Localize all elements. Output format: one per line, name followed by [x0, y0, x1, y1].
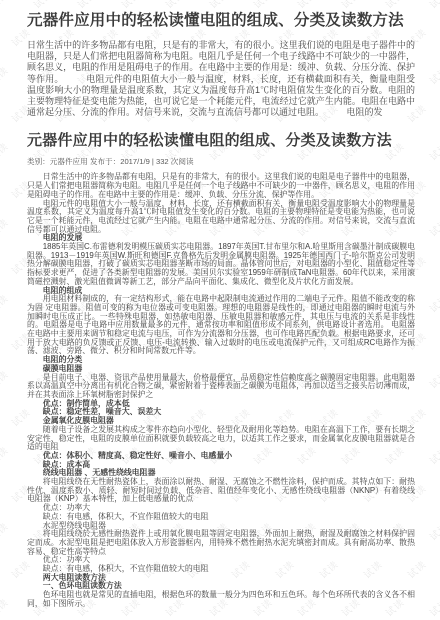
document-meta: 类别：元器件应用 发布于：2017/1/9 | 332 次阅读: [27, 157, 415, 166]
doc-paragraph: 将电阻线绕在无性耐热瓷体上，表面涂以耐热、耐湿、无腐蚀之不燃性涂料，保护而成。其…: [27, 478, 415, 504]
snippet-title: 元器件应用中的轻松读懂电阻的组成、分类及读数方法: [27, 11, 415, 31]
doc-blocks: 日常生活中的许多物品都有电阻，只是有的非常大，有的很小。这里我们说的电阻是电子器…: [27, 173, 415, 608]
snippet-description: 日常生活中的许多物品都有电阻，只是有的非常大，有的很小。这里我们说的电阻是电子器…: [27, 40, 415, 118]
doc-paragraph: 1885年英国C.布雷德利发明模压碳质实芯电阻器。1897年英国T.甘布里尔和A…: [27, 243, 415, 287]
doc-paragraph: 电阻元件的电阻值大小一般与温度，材料，长度，还有横截面积有关，衡量电阻受温度影响…: [27, 200, 415, 235]
doc-heading: 电阻的分类: [27, 356, 415, 365]
doc-paragraph: 用电阻材料制成的，有一定结构形式，能在电路中起限制电流通过作用的二端电子元件。阻…: [27, 295, 415, 356]
document-preview-page: 试读试读试读试读试读试读试读试读试读试读试读试读试读试读试读试读试读试读试读试读…: [0, 0, 440, 620]
doc-paragraph: 将电阻线绕於无感性耐热瓷件上或用氧化膜电阻等固定电阻器，外面加上耐热，耐湿及耐腐…: [27, 530, 415, 556]
doc-paragraph: 色环电阻也就是常见的直插电阻，根据色环的数量一般分为四色环和五色环。每个色环所代…: [27, 591, 415, 608]
doc-paragraph: 随着电子设备之发展其构成之零件亦趋向小型化、轻型化及耐用化等趋势。电阻在高温下工…: [27, 426, 415, 452]
page-content: 元器件应用中的轻松读懂电阻的组成、分类及读数方法 日常生活中的许多物品都有电阻，…: [0, 0, 440, 609]
doc-paragraph: 日常生活中的许多物品都有电阻，只是有的非常大，有的很小。这里我们说的电阻是电子器…: [27, 173, 415, 199]
doc-paragraph: 是目前电子、电器、资讯产品使用量最大，价格最便宜，品质稳定性信赖度高之碳膜固定电…: [27, 374, 415, 400]
document-title: 元器件应用中的轻松读懂电阻的组成、分类及读数方法: [27, 131, 415, 150]
